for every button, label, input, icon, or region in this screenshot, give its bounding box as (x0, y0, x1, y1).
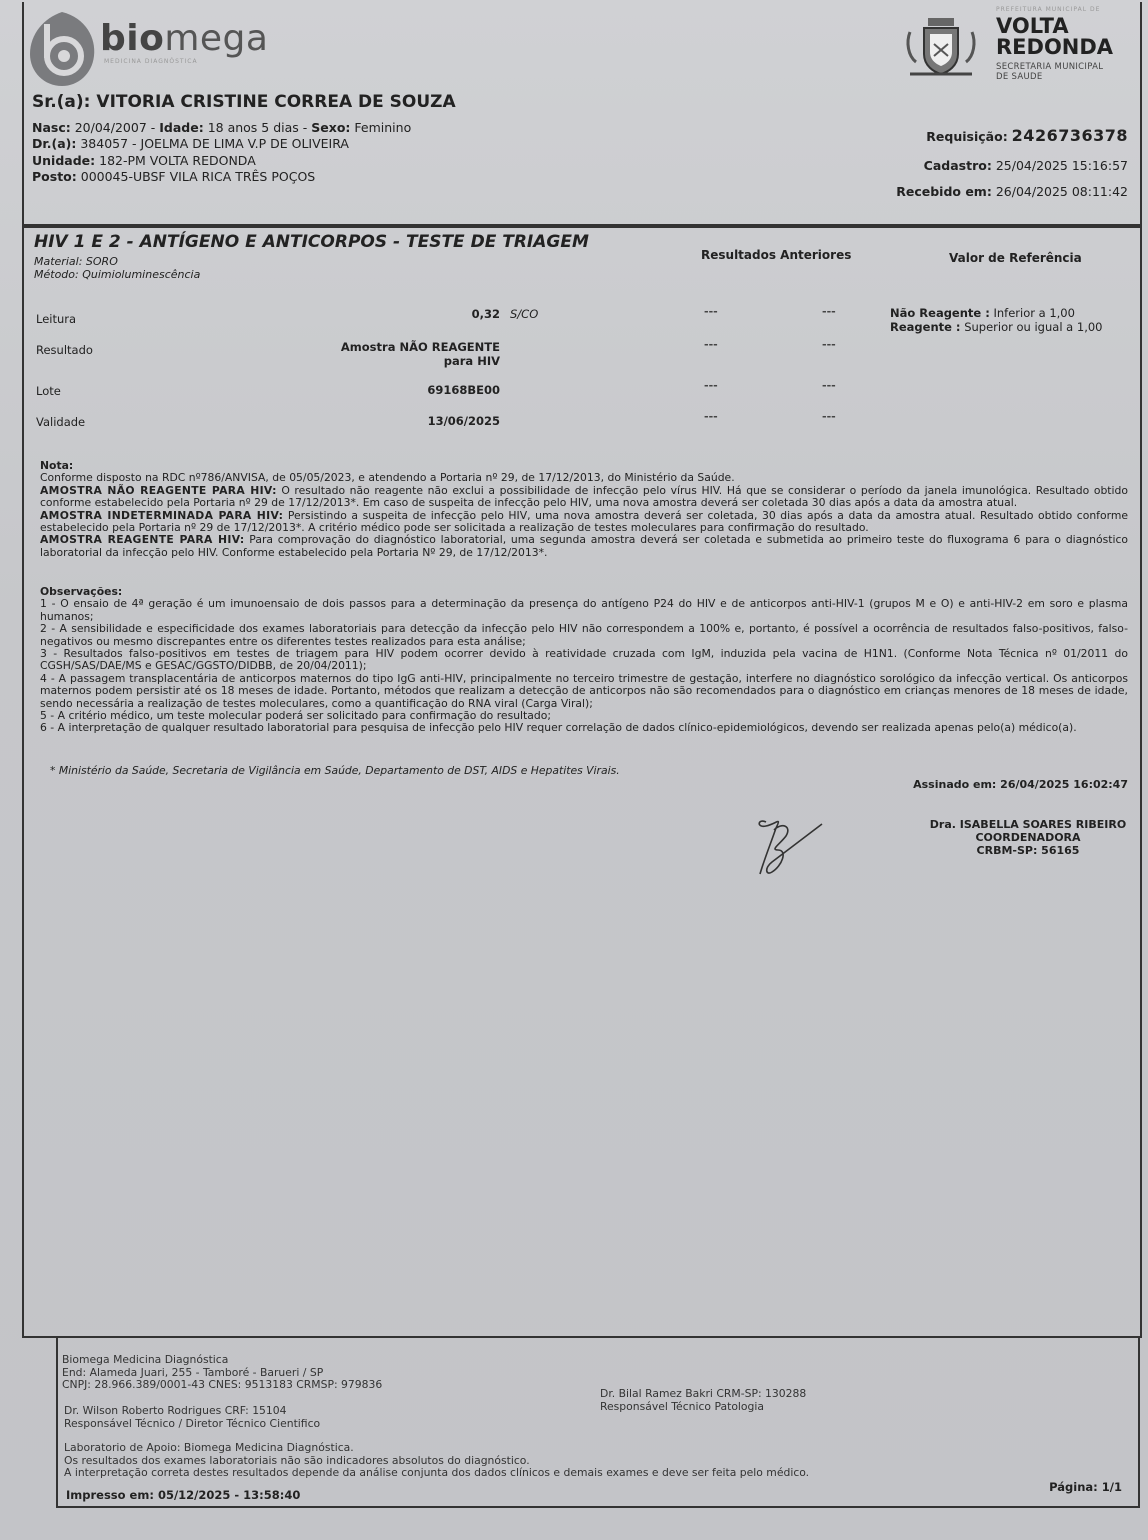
previous-result: --- (822, 410, 836, 423)
previous-result: --- (704, 305, 718, 318)
signer-block: Dra. ISABELLA SOARES RIBEIRO COORDENADOR… (918, 818, 1138, 857)
row-value-resultado: Amostra NÃO REAGENTE para HIV (341, 340, 500, 368)
observacoes-section: Observações: 1 - O ensaio de 4ª geração … (40, 586, 1128, 735)
previous-result: --- (822, 338, 836, 351)
nota-section: Nota: Conforme disposto na RDC nº786/ANV… (40, 460, 1128, 559)
row-value-lote: 69168BE00 (427, 383, 500, 397)
technical-director: Dr. Wilson Roberto Rodrigues CRF: 15104 … (64, 1405, 320, 1430)
page-number: Página: 1/1 (1049, 1480, 1122, 1494)
row-label-lote: Lote (36, 384, 61, 398)
row-label-validade: Validade (36, 415, 85, 429)
row-label-resultado: Resultado (36, 343, 93, 357)
collection-post: Posto: 000045-UBSF VILA RICA TRÊS POÇOS (32, 169, 315, 184)
registration-date: Cadastro: 25/04/2025 15:16:57 (924, 158, 1128, 173)
unit: Unidade: 182-PM VOLTA REDONDA (32, 153, 256, 168)
previous-results-header: Resultados Anteriores (701, 248, 851, 262)
biomega-logo-icon (26, 8, 98, 88)
received-date: Recebido em: 26/04/2025 08:11:42 (896, 184, 1128, 199)
observacao-item: 2 - A sensibilidade e especificidade dos… (40, 623, 1128, 648)
requesting-doctor: Dr.(a): 384057 - JOELMA DE LIMA V.P DE O… (32, 136, 349, 151)
previous-result: --- (704, 410, 718, 423)
requisition: Requisição: 2426736378 (926, 126, 1128, 145)
pathology-director: Dr. Bilal Ramez Bakri CRM-SP: 130288 Res… (600, 1388, 806, 1413)
observacao-item: 3 - Resultados falso-positivos em testes… (40, 648, 1128, 673)
volta-redonda-crest-icon (902, 12, 980, 84)
biomega-wordmark: biomega (100, 18, 268, 59)
biomega-subtitle: MEDICINA DIAGNÓSTICA (104, 58, 198, 65)
handwritten-signature-icon (752, 810, 832, 880)
prefeitura-label: PREFEITURA MUNICIPAL DE (996, 6, 1100, 13)
reference-header: Valor de Referência (949, 251, 1082, 265)
lab-report-page: biomega MEDICINA DIAGNÓSTICA Sr.(a): VIT… (0, 0, 1148, 1540)
row-value-validade: 13/06/2025 (428, 414, 500, 428)
reference-values: Não Reagente : Inferior a 1,00 Reagente … (890, 306, 1102, 334)
signed-date: Assinado em: 26/04/2025 16:02:47 (913, 778, 1128, 791)
previous-result: --- (822, 379, 836, 392)
observacao-item: 1 - O ensaio de 4ª geração é um imunoens… (40, 598, 1128, 623)
previous-result: --- (704, 338, 718, 351)
exam-method: Método: Quimioluminescência (34, 268, 200, 281)
patient-birth-age-sex: Nasc: 20/04/2007 - Idade: 18 anos 5 dias… (32, 120, 411, 135)
row-label-leitura: Leitura (36, 312, 76, 326)
disclaimer: Laboratorio de Apoio: Biomega Medicina D… (64, 1442, 809, 1480)
printed-date: Impresso em: 05/12/2025 - 13:58:40 (66, 1488, 300, 1502)
patient-name: Sr.(a): VITORIA CRISTINE CORREA DE SOUZA (32, 92, 456, 112)
row-unit-leitura: S/CO (510, 307, 538, 321)
previous-result: --- (704, 379, 718, 392)
footnote: * Ministério da Saúde, Secretaria de Vig… (50, 764, 620, 777)
observacao-item: 6 - A interpretação de qualquer resultad… (40, 722, 1128, 734)
observacao-item: 4 - A passagem transplacentária de antic… (40, 673, 1128, 710)
city-name: VOLTA REDONDA (996, 16, 1113, 58)
lab-info: Biomega Medicina Diagnóstica End: Alamed… (62, 1354, 382, 1392)
secretaria-label: SECRETARIA MUNICIPAL DE SAUDE (996, 62, 1103, 82)
exam-title: HIV 1 E 2 - ANTÍGENO E ANTICORPOS - TEST… (34, 232, 589, 252)
exam-material: Material: SORO (34, 255, 118, 268)
previous-result: --- (822, 305, 836, 318)
row-value-leitura: 0,32 (472, 307, 500, 321)
